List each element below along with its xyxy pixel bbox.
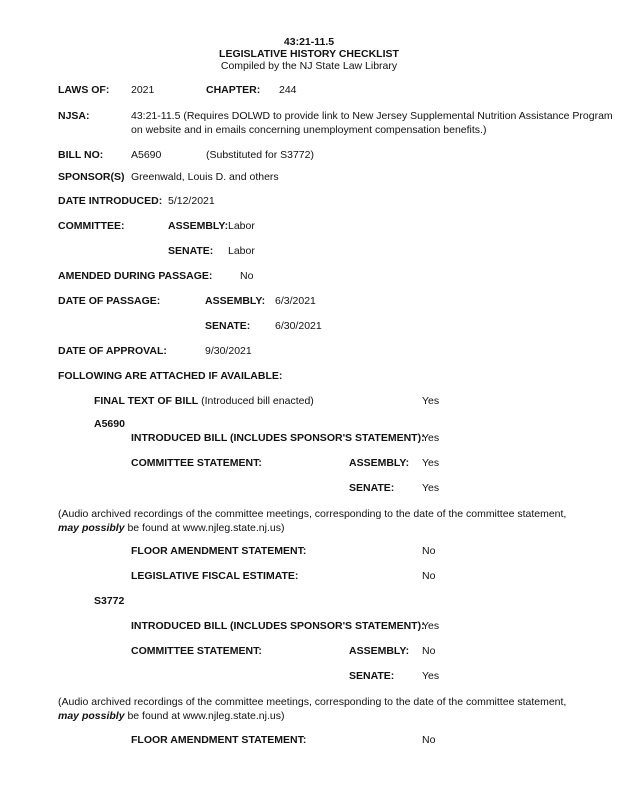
committee-senate-value: Labor	[228, 245, 255, 258]
bill-s3772-heading: S3772	[94, 595, 124, 608]
sponsors-value: Greenwald, Louis D. and others	[131, 171, 279, 184]
committee-assembly-label: ASSEMBLY:	[168, 220, 228, 233]
s3772-assembly-value: No	[422, 645, 435, 658]
passage-senate-value: 6/30/2021	[275, 320, 322, 333]
njsa-description-line2: on website and in emails concerning unem…	[131, 124, 486, 137]
final-text-row: FINAL TEXT OF BILL (Introduced bill enac…	[94, 395, 314, 408]
passage-assembly-value: 6/3/2021	[275, 295, 316, 308]
laws-of-value: 2021	[131, 84, 154, 97]
audio-note-url-text: be found at www.njleg.state.nj.us)	[125, 710, 285, 722]
chapter-label: CHAPTER:	[206, 84, 260, 97]
a5690-committee-label: COMMITTEE STATEMENT:	[131, 457, 262, 470]
audio-note-text: (Audio archived recordings of the commit…	[58, 696, 566, 708]
date-of-approval-value: 9/30/2021	[205, 345, 252, 358]
s3772-senate-value: Yes	[422, 670, 439, 683]
audio-note-possibly: possibly	[82, 522, 125, 534]
a5690-floor-label: FLOOR AMENDMENT STATEMENT:	[131, 545, 306, 558]
s3772-committee-label: COMMITTEE STATEMENT:	[131, 645, 262, 658]
s3772-floor-value: No	[422, 734, 435, 747]
audio-note-text: (Audio archived recordings of the commit…	[58, 508, 566, 520]
sponsors-label: SPONSOR(S)	[58, 171, 125, 184]
audio-note: (Audio archived recordings of the commit…	[58, 695, 578, 723]
bill-no-value: A5690	[131, 149, 161, 162]
a5690-introduced-label: INTRODUCED BILL (INCLUDES SPONSOR'S STAT…	[131, 432, 425, 445]
passage-senate-label: SENATE:	[205, 320, 250, 333]
date-of-passage-label: DATE OF PASSAGE:	[58, 295, 160, 308]
s3772-introduced-label: INTRODUCED BILL (INCLUDES SPONSOR'S STAT…	[131, 620, 425, 633]
audio-note: (Audio archived recordings of the commit…	[58, 507, 578, 535]
s3772-senate-label: SENATE:	[349, 670, 394, 683]
a5690-senate-label: SENATE:	[349, 482, 394, 495]
audio-note-may: may	[58, 522, 79, 534]
date-introduced-label: DATE INTRODUCED:	[58, 195, 162, 208]
bill-no-label: BILL NO:	[58, 149, 103, 162]
a5690-assembly-value: Yes	[422, 457, 439, 470]
final-text-label: FINAL TEXT OF BILL	[94, 395, 198, 407]
passage-assembly-label: ASSEMBLY:	[205, 295, 265, 308]
audio-note-possibly: possibly	[82, 710, 125, 722]
bill-substitution-note: (Substituted for S3772)	[206, 149, 314, 162]
a5690-fiscal-value: No	[422, 570, 435, 583]
date-of-approval-label: DATE OF APPROVAL:	[58, 345, 167, 358]
njsa-label: NJSA:	[58, 110, 90, 123]
laws-of-label: LAWS OF:	[58, 84, 109, 97]
a5690-introduced-value: Yes	[422, 432, 439, 445]
audio-note-may: may	[58, 710, 79, 722]
a5690-assembly-label: ASSEMBLY:	[349, 457, 409, 470]
a5690-fiscal-label: LEGISLATIVE FISCAL ESTIMATE:	[131, 570, 298, 583]
committee-label: COMMITTEE:	[58, 220, 125, 233]
s3772-introduced-value: Yes	[422, 620, 439, 633]
attached-heading: FOLLOWING ARE ATTACHED IF AVAILABLE:	[58, 370, 282, 383]
bill-a5690-heading: A5690	[94, 418, 125, 431]
amended-label: AMENDED DURING PASSAGE:	[58, 270, 212, 283]
final-text-value: Yes	[422, 395, 439, 408]
document-subtitle: Compiled by the NJ State Law Library	[0, 60, 618, 73]
a5690-senate-value: Yes	[422, 482, 439, 495]
committee-assembly-value: Labor	[228, 220, 255, 233]
audio-note-url-text: be found at www.njleg.state.nj.us)	[125, 522, 285, 534]
amended-value: No	[240, 270, 253, 283]
a5690-floor-value: No	[422, 545, 435, 558]
s3772-assembly-label: ASSEMBLY:	[349, 645, 409, 658]
date-introduced-value: 5/12/2021	[168, 195, 215, 208]
committee-senate-label: SENATE:	[168, 245, 213, 258]
chapter-value: 244	[279, 84, 297, 97]
njsa-description-line1: 43:21-11.5 (Requires DOLWD to provide li…	[131, 110, 613, 123]
s3772-floor-label: FLOOR AMENDMENT STATEMENT:	[131, 734, 306, 747]
final-text-note: (Introduced bill enacted)	[201, 395, 314, 407]
